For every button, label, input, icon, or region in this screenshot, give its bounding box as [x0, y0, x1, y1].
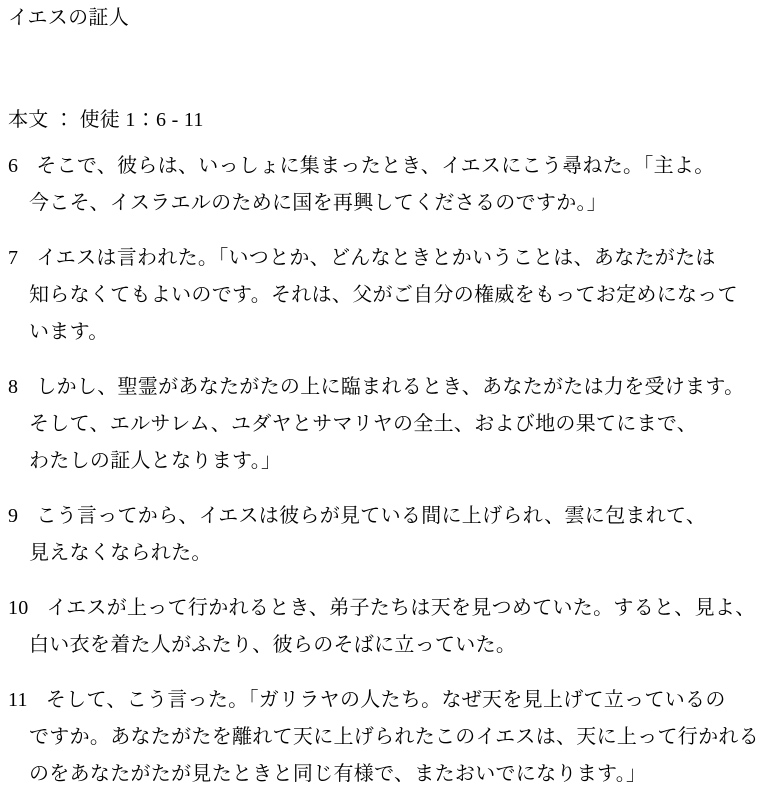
verse-text: こう言ってから、イエスは彼らが見ている間に上げられ、雲に包まれて、	[36, 505, 706, 527]
verse-number: 7	[8, 240, 18, 277]
verse-line: 今こそ、イスラエルのために国を再興してくださるのですか。」	[29, 185, 762, 222]
verse-line: 知らなくてもよいのです。それは、父がご自分の権威をもってお定めになって	[29, 277, 762, 314]
verse-8: 8しかし、聖霊があなたがたの上に臨まれるとき、あなたがたは力を受けます。 そして…	[8, 369, 762, 480]
verse-line: 7イエスは言われた。「いつとか、どんなときとかいうことは、あなたがたは	[8, 240, 762, 277]
document-title: イエスの証人	[8, 8, 762, 28]
verse-10: 10イエスが上って行かれるとき、弟子たちは天を見つめていた。すると、見よ、 白い…	[8, 590, 762, 664]
verse-line: 見えなくなられた。	[29, 535, 762, 572]
verse-text: イエスは言われた。「いつとか、どんなときとかいうことは、あなたがたは	[36, 247, 715, 269]
document-page: イエスの証人 本文 ： 使徒 1：6 - 11 6そこで、彼らは、いっしょに集ま…	[0, 0, 762, 803]
verse-line: 9こう言ってから、イエスは彼らが見ている間に上げられ、雲に包まれて、	[8, 498, 762, 535]
verse-line: 6そこで、彼らは、いっしょに集まったとき、イエスにこう尋ねた。「主よ。	[8, 148, 762, 185]
verse-line: います。	[29, 314, 762, 351]
verse-6: 6そこで、彼らは、いっしょに集まったとき、イエスにこう尋ねた。「主よ。 今こそ、…	[8, 148, 762, 222]
verse-number: 11	[8, 682, 28, 719]
verse-line: 8しかし、聖霊があなたがたの上に臨まれるとき、あなたがたは力を受けます。	[8, 369, 762, 406]
verse-line: 10イエスが上って行かれるとき、弟子たちは天を見つめていた。すると、見よ、	[8, 590, 762, 627]
verse-text: そこで、彼らは、いっしょに集まったとき、イエスにこう尋ねた。「主よ。	[36, 155, 714, 177]
verse-line: ですか。あなたがたを離れて天に上げられたこのイエスは、天に上って行かれる	[29, 719, 762, 756]
verse-line: わたしの証人となります。」	[29, 443, 762, 480]
verse-9: 9こう言ってから、イエスは彼らが見ている間に上げられ、雲に包まれて、 見えなくな…	[8, 498, 762, 572]
verse-line: 11そして、こう言った。「ガリラヤの人たち。なぜ天を見上げて立っているの	[8, 682, 762, 719]
verse-number: 8	[8, 369, 18, 406]
verse-text: そして、こう言った。「ガリラヤの人たち。なぜ天を見上げて立っているの	[46, 689, 726, 711]
verse-line: のをあなたがたが見たときと同じ有様で、またおいでになります。」	[29, 756, 762, 793]
verse-text: イエスが上って行かれるとき、弟子たちは天を見つめていた。すると、見よ、	[47, 597, 756, 619]
verse-text: しかし、聖霊があなたがたの上に臨まれるとき、あなたがたは力を受けます。	[36, 376, 744, 398]
verse-number: 6	[8, 148, 18, 185]
verse-7: 7イエスは言われた。「いつとか、どんなときとかいうことは、あなたがたは 知らなく…	[8, 240, 762, 351]
verse-number: 9	[8, 498, 18, 535]
verse-number: 10	[8, 590, 29, 627]
verse-11: 11そして、こう言った。「ガリラヤの人たち。なぜ天を見上げて立っているの ですか…	[8, 682, 762, 793]
verse-line: 白い衣を着た人がふたり、彼らのそばに立っていた。	[29, 627, 762, 664]
scripture-reference: 本文 ： 使徒 1：6 - 11	[8, 110, 762, 130]
verse-line: そして、エルサレム、ユダヤとサマリヤの全土、および地の果てにまで、	[29, 406, 762, 443]
